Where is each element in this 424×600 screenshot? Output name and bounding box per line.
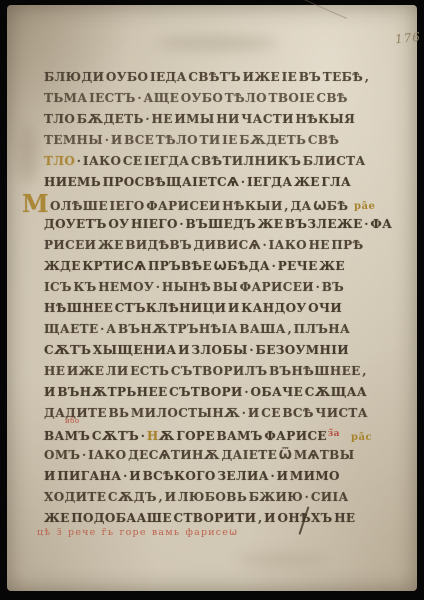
- manuscript-line: ХОДИТЕ СѪДЪ , И ЛЮБОВЬ БЖИЮ · СИІА: [44, 487, 362, 508]
- text-segment: НИЕМЬ ПРОСВѢЩАІЕТСѦ · ІЕГДА ЖЕ ГЛА: [44, 175, 351, 189]
- manuscript-line: ДОУЕТЪ ОУ НІЕГО · ВЪШЕДЪ ЖЕ ВЪЗЛЕЖЕ · ФА: [44, 214, 362, 235]
- manuscript-line: НЕ ИЖЕ ЛИ ЕСТЬ СЪТВОРИЛЪ ВЪНѢШНЕЕ ,: [44, 361, 362, 382]
- red-rubric-line: цѣ з̃ рече г̃ь горе вамь фарисеѡ: [37, 527, 238, 538]
- manuscript-line: И ПИГАНА · И ВСѢКОГО ЗЕЛИА · И МИМО: [44, 466, 362, 487]
- text-segment: И ПИГАНА · И ВСѢКОГО ЗЕЛИА · И МИМО: [44, 469, 340, 483]
- text-segment: И ВЪНѪТРЬНЕЕ СЪТВОРИ · ОБАЧЕ СѪЩАА: [44, 385, 367, 399]
- manuscript-page: 176 БЛЮДИ ОУБО ІЕДА СВѢТЪ ИЖЕ ІЕ ВЪ ТЕБѢ…: [7, 5, 417, 591]
- manuscript-line: ДАДИТЕ ВЬ МИЛОСТЫНѪ · И СЕ ВСѢ ЧИСТА: [44, 403, 362, 424]
- text-segment: Ѫ ГОРЕ ВАМЪ ФАРИСЕ: [159, 429, 327, 443]
- text-segment: ТЕМНЫ · И ВСЕ ТѢЛО ТИ ІЕ БѪДЕТЬ СВѢ: [44, 133, 339, 147]
- interlinear-red-gloss: и́бо: [65, 417, 80, 425]
- text-segment: СѪТЪ ХЫЩЕНИА И ЗЛОБЫ · БЕЗОУМНІИ: [44, 343, 349, 357]
- manuscript-line: ОМЪ · ІАКО ДЕСѦТИНѪ ДАІЕТЕ Ѿ МѦТВЫ: [44, 445, 362, 466]
- folio-number: 176: [394, 30, 421, 47]
- manuscript-line: ЖДЕ КРТИСѦ ПРЪВѢЕ ѠБѢДА · РЕЧЕ ЖЕ: [44, 256, 362, 277]
- photo-background: 176 БЛЮДИ ОУБО ІЕДА СВѢТЪ ИЖЕ ІЕ ВЪ ТЕБѢ…: [0, 0, 424, 600]
- manuscript-line: РИСЕИ ЖЕ ВИДѢВЪ ДИВИСѦ · ІАКО НЕ ПРѢ: [44, 235, 362, 256]
- text-segment: ЖЕ ПОДОБААШЕ СТВОРИТИ , И ОНѢХЪ НЕ: [44, 511, 355, 525]
- text-segment: ТЬМА ІЕСТЪ · АЩЕ ОУБО ТѢЛО ТВОІЕ СВѢ: [44, 91, 348, 105]
- text-segment: · ІАКО СЕ ІЕГДА СВѢТИЛНИКЪ БЛИСТА: [75, 154, 365, 168]
- text-segment: НѢШНЕЕ СТЪКЛѢНИЦИ И КАНДОУ ОЧИ: [44, 301, 342, 315]
- manuscript-line: НИЕМЬ ПРОСВѢЩАІЕТСѦ · ІЕГДА ЖЕ ГЛА: [44, 172, 362, 193]
- parchment-crease: [297, 0, 347, 19]
- gold-margin-note-1: ра̃е: [354, 201, 375, 212]
- text-segment: БЛЮДИ ОУБО ІЕДА СВѢТЪ ИЖЕ ІЕ ВЪ ТЕБѢ ,: [44, 70, 369, 84]
- text-segment: ОМЪ · ІАКО ДЕСѦТИНѪ ДАІЕТЕ Ѿ МѦТВЫ: [44, 448, 355, 462]
- manuscript-line: ТЕМНЫ · И ВСЕ ТѢЛО ТИ ІЕ БѪДЕТЬ СВѢ: [44, 130, 362, 151]
- text-segment: ВАМЪ СѪТЪ ·: [44, 429, 147, 443]
- manuscript-line: НѢШНЕЕ СТЪКЛѢНИЦИ И КАНДОУ ОЧИ: [44, 298, 362, 319]
- text-segment: РИСЕИ ЖЕ ВИДѢВЪ ДИВИСѦ · ІАКО НЕ ПРѢ: [44, 238, 364, 252]
- manuscript-line: МОЛѢШЕ ІЕГО ФАРИСЕИ НѢКЫИ , ДА ѠБѢ: [44, 193, 362, 214]
- lection-mark: з̃а: [327, 429, 340, 439]
- manuscript-line: ТЬМА ІЕСТЪ · АЩЕ ОУБО ТѢЛО ТВОІЕ СВѢ: [44, 88, 362, 109]
- text-segment: Н: [147, 429, 159, 443]
- manuscript-line: ІСЪ КЪ НЕМОУ · НЫНѢ ВЫ ФАРИСЕИ · ВЪ: [44, 277, 362, 298]
- parchment-stain: [237, 553, 327, 567]
- manuscript-line: СѪТЪ ХЫЩЕНИА И ЗЛОБЫ · БЕЗОУМНІИ: [44, 340, 362, 361]
- text-segment: НЕ ИЖЕ ЛИ ЕСТЬ СЪТВОРИЛЪ ВЪНѢШНЕЕ ,: [44, 364, 367, 378]
- text-segment: ТЛО БѪДЕТЬ · НЕ ИМЫ НИ ЧАСТИ НѢКЫЯ: [44, 112, 355, 126]
- text-segment: ТЛО: [44, 154, 75, 168]
- text-segment: ОЛѢШЕ ІЕГО ФАРИСЕИ НѢКЫИ , ДА ѠБѢ: [50, 199, 348, 213]
- gold-margin-note-2: ра̃с: [351, 432, 372, 443]
- manuscript-line: ВАМЪ СѪТЪ · НѪ ГОРЕ ВАМЪ ФАРИСЕ з̃а: [44, 424, 362, 445]
- illuminated-initial: М: [22, 189, 49, 218]
- manuscript-line: ЩАЕТЕ · А ВЪНѪТРЪНѢІА ВАША , ПЛЪНА: [44, 319, 362, 340]
- text-segment: ДАДИТЕ ВЬ МИЛОСТЫНѪ · И СЕ ВСѢ ЧИСТА: [44, 406, 368, 420]
- text-segment: ЖДЕ КРТИСѦ ПРЪВѢЕ ѠБѢДА · РЕЧЕ ЖЕ: [44, 259, 345, 273]
- edge-stain: [19, 125, 37, 185]
- manuscript-line: ЖЕ ПОДОБААШЕ СТВОРИТИ , И ОНѢХЪ НЕ: [44, 508, 362, 529]
- text-segment: ЩАЕТЕ · А ВЪНѪТРЪНѢІА ВАША , ПЛЪНА: [44, 322, 350, 336]
- text-segment: ХОДИТЕ СѪДЪ , И ЛЮБОВЬ БЖИЮ · СИІА: [44, 490, 349, 504]
- manuscript-line: И ВЪНѪТРЬНЕЕ СЪТВОРИ · ОБАЧЕ СѪЩАА: [44, 382, 362, 403]
- manuscript-line: ТЛО · ІАКО СЕ ІЕГДА СВѢТИЛНИКЪ БЛИСТА: [44, 151, 362, 172]
- text-segment: ДОУЕТЪ ОУ НІЕГО · ВЪШЕДЪ ЖЕ ВЪЗЛЕЖЕ · ФА: [44, 217, 392, 231]
- manuscript-line: ТЛО БѪДЕТЬ · НЕ ИМЫ НИ ЧАСТИ НѢКЫЯ: [44, 109, 362, 130]
- manuscript-text-block: БЛЮДИ ОУБО ІЕДА СВѢТЪ ИЖЕ ІЕ ВЪ ТЕБѢ ,ТЬ…: [44, 67, 362, 529]
- show-through-stain: [157, 35, 277, 51]
- manuscript-line: БЛЮДИ ОУБО ІЕДА СВѢТЪ ИЖЕ ІЕ ВЪ ТЕБѢ ,: [44, 67, 362, 88]
- text-segment: ІСЪ КЪ НЕМОУ · НЫНѢ ВЫ ФАРИСЕИ · ВЪ: [44, 280, 344, 294]
